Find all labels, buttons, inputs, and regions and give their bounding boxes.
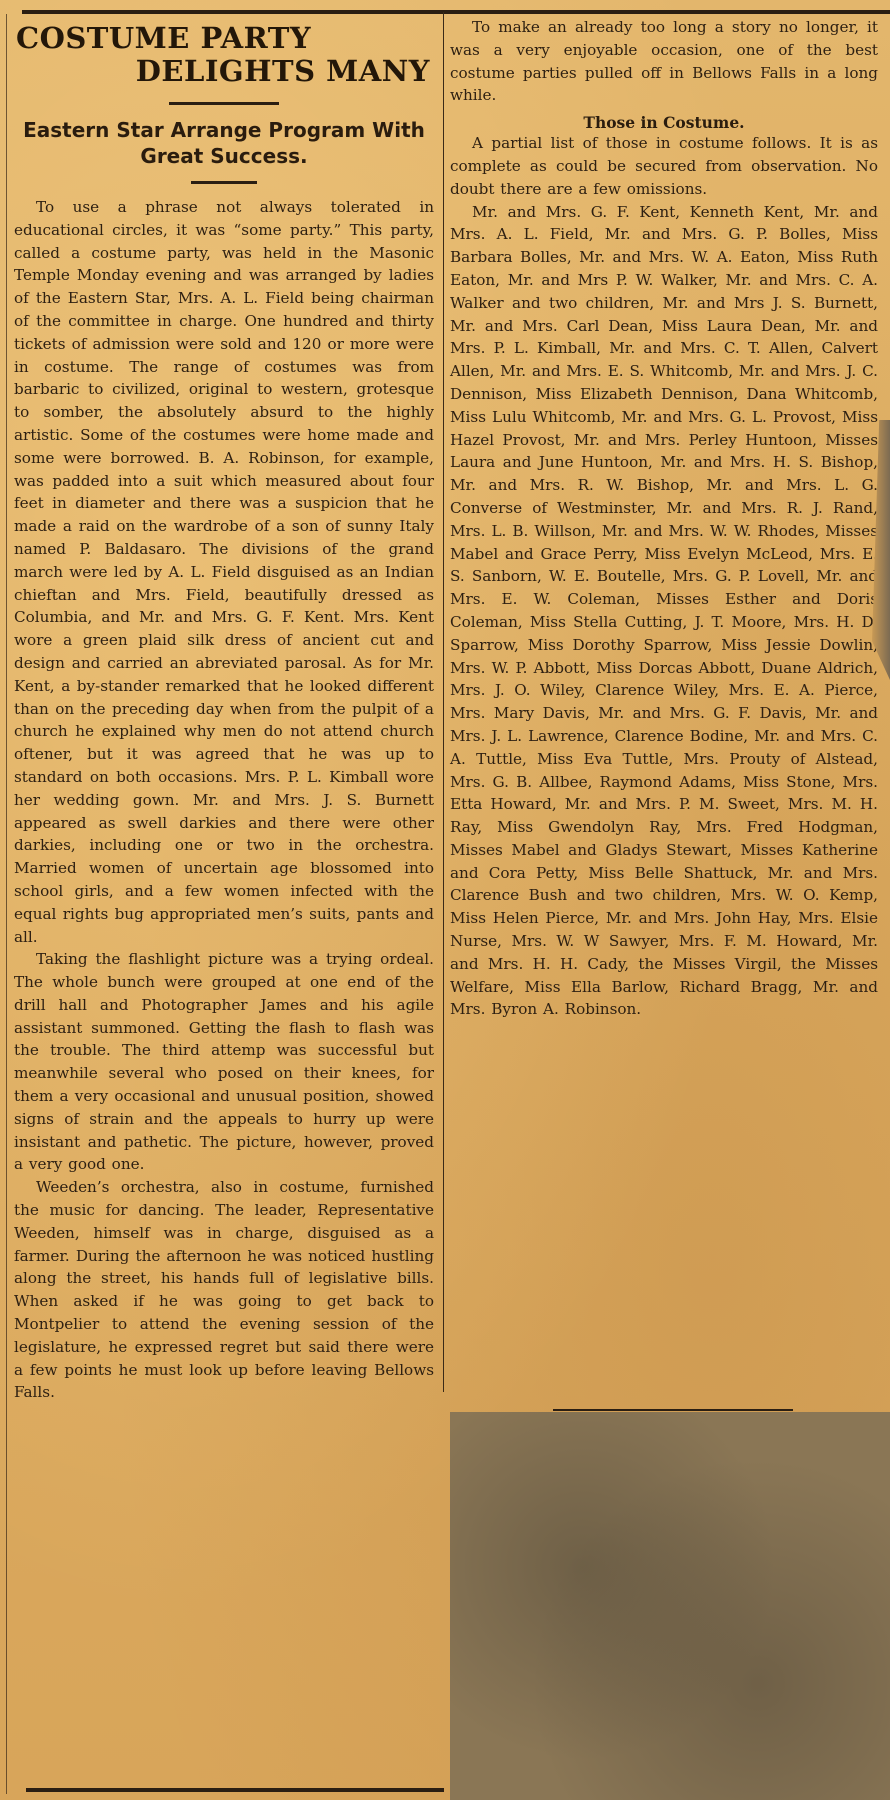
top-rule (22, 10, 890, 14)
closing-paragraph: To make an already too long a story no l… (450, 16, 878, 107)
column-divider (443, 12, 444, 1392)
body-paragraph: Weeden’s orchestra, also in costume, fur… (14, 1176, 434, 1404)
headline-line-1: COSTUME PARTY (14, 22, 434, 55)
headline: COSTUME PARTY DELIGHTS MANY (14, 22, 434, 88)
right-column: To make an already too long a story no l… (450, 16, 878, 1021)
subheadline: Eastern Star Arrange Program With Great … (20, 117, 428, 169)
end-rule-right (553, 1409, 793, 1411)
section-heading: Those in Costume. (450, 113, 878, 132)
subheadline-rule (191, 181, 257, 184)
headline-line-2: DELIGHTS MANY (14, 55, 434, 88)
left-column: COSTUME PARTY DELIGHTS MANY Eastern Star… (14, 16, 434, 1404)
body-paragraph: Taking the flashlight picture was a tryi… (14, 948, 434, 1176)
newspaper-clipping: COSTUME PARTY DELIGHTS MANY Eastern Star… (0, 0, 890, 1800)
left-border-line (6, 14, 7, 1794)
attendee-list: Mr. and Mrs. G. F. Kent, Kenneth Kent, M… (450, 201, 878, 1022)
list-intro-paragraph: A partial list of those in costume follo… (450, 132, 878, 200)
body-paragraph: To use a phrase not always tolerated in … (14, 196, 434, 948)
headline-rule (169, 102, 279, 105)
scrapbook-backing (450, 1412, 890, 1800)
end-rule-left (26, 1788, 444, 1792)
